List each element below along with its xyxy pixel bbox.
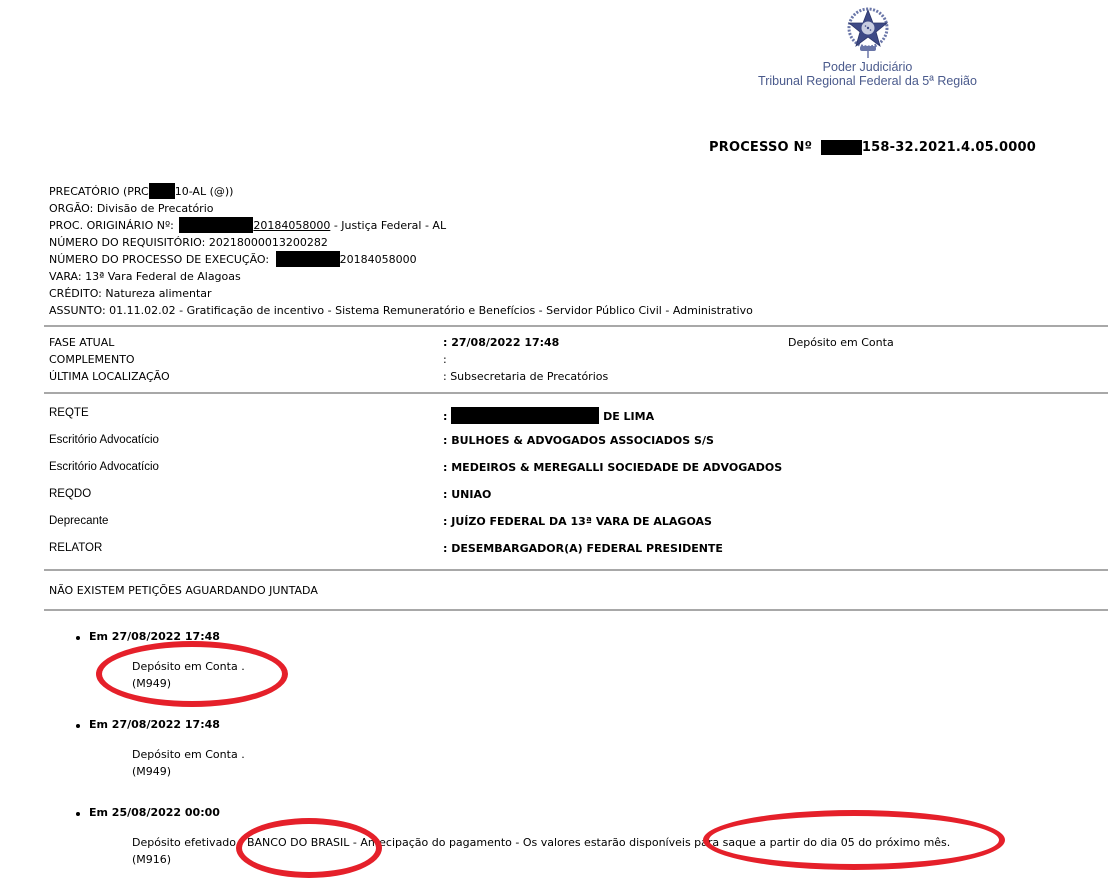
proc-originario-link[interactable]: 20184058000 xyxy=(253,219,330,232)
party-row-escritorio-1: Escritório Advocatício : BULHOES & ADVOG… xyxy=(49,434,1108,451)
fase-atual-label: FASE ATUAL xyxy=(49,336,114,349)
fase-atual-row: FASE ATUAL : 27/08/2022 17:48 Depósito e… xyxy=(49,336,1108,353)
event-item: Em 25/08/2022 00:00 Depósito efetivado -… xyxy=(72,806,1072,889)
localizacao-label: ÚLTIMA LOCALIZAÇÃO xyxy=(49,370,170,383)
redaction-bar xyxy=(276,251,340,267)
org-line-1: Poder Judiciário xyxy=(740,60,995,74)
credito-line: CRÉDITO: Natureza alimentar xyxy=(49,285,753,302)
party-label: Escritório Advocatício xyxy=(49,461,159,473)
complemento-label: COMPLEMENTO xyxy=(49,353,135,366)
court-header: Poder Judiciário Tribunal Regional Feder… xyxy=(740,6,995,88)
event-date: Em 27/08/2022 17:48 xyxy=(89,630,220,643)
party-row-relator: RELATOR : DESEMBARGADOR(A) FEDERAL PRESI… xyxy=(49,542,1108,559)
redaction-bar xyxy=(821,140,862,155)
event-description: Depósito efetivado - BANCO DO BRASIL - A… xyxy=(132,834,950,868)
redaction-bar xyxy=(451,407,599,424)
party-value: : BULHOES & ADVOGADOS ASSOCIADOS S/S xyxy=(443,434,714,447)
process-number-suffix: 158-32.2021.4.05.0000 xyxy=(862,140,1036,155)
party-label: RELATOR xyxy=(49,542,102,554)
party-value: : DESEMBARGADOR(A) FEDERAL PRESIDENTE xyxy=(443,542,723,555)
party-row-escritorio-2: Escritório Advocatício : MEDEIROS & MERE… xyxy=(49,461,1108,478)
party-row-reqte: REQTE : DE LIMA xyxy=(49,407,1108,424)
party-row-reqdo: REQDO : UNIAO xyxy=(49,488,1108,505)
org-line-2: Tribunal Regional Federal da 5ª Região xyxy=(740,74,995,88)
party-value: : JUÍZO FEDERAL DA 13ª VARA DE ALAGOAS xyxy=(443,515,712,528)
orgao-line: ORGÃO: Divisão de Precatório xyxy=(49,200,753,217)
event-item: Em 27/08/2022 17:48 Depósito em Conta . … xyxy=(72,718,1072,806)
petitions-notice: NÃO EXISTEM PETIÇÕES AGUARDANDO JUNTADA xyxy=(49,584,318,597)
complemento-value: : xyxy=(443,353,447,366)
party-row-deprecante: Deprecante : JUÍZO FEDERAL DA 13ª VARA D… xyxy=(49,515,1108,532)
process-title-prefix: PROCESSO Nº xyxy=(709,140,812,155)
divider xyxy=(44,609,1108,611)
localizacao-row: ÚLTIMA LOCALIZAÇÃO : Subsecretaria de Pr… xyxy=(49,370,1108,387)
precatorio-line: PRECATÓRIO (PRC10-AL (@)) xyxy=(49,183,753,200)
divider xyxy=(44,392,1108,394)
complemento-row: COMPLEMENTO : xyxy=(49,353,1108,370)
party-label: REQDO xyxy=(49,488,91,500)
brazil-coat-of-arms-icon xyxy=(845,6,891,60)
event-date: Em 25/08/2022 00:00 xyxy=(89,806,220,819)
party-label: REQTE xyxy=(49,407,89,419)
assunto-line: ASSUNTO: 01.11.02.02 - Gratificação de i… xyxy=(49,302,753,319)
vara-line: VARA: 13ª Vara Federal de Alagoas xyxy=(49,268,753,285)
party-value: : UNIAO xyxy=(443,488,491,501)
party-label: Escritório Advocatício xyxy=(49,434,159,446)
event-code: (M949) xyxy=(132,675,245,692)
redaction-bar xyxy=(179,217,253,233)
process-title: PROCESSO Nº 158-32.2021.4.05.0000 xyxy=(709,140,1036,155)
proc-originario-line: PROC. ORIGINÁRIO Nº: 20184058000 - Justi… xyxy=(49,217,753,234)
execucao-line: NÚMERO DO PROCESSO DE EXECUÇÃO: 20184058… xyxy=(49,251,753,268)
process-metadata: PRECATÓRIO (PRC10-AL (@)) ORGÃO: Divisão… xyxy=(49,183,753,319)
divider xyxy=(44,325,1108,327)
event-code: (M916) xyxy=(132,851,950,868)
event-list: Em 27/08/2022 17:48 Depósito em Conta . … xyxy=(72,630,1072,889)
party-value: : DE LIMA xyxy=(443,407,654,424)
bullet-icon xyxy=(76,812,80,816)
fase-atual-description: Depósito em Conta xyxy=(788,336,894,349)
event-code: (M949) xyxy=(132,763,245,780)
party-label: Deprecante xyxy=(49,515,108,527)
event-description: Depósito em Conta . (M949) xyxy=(132,658,245,692)
bullet-icon xyxy=(76,636,80,640)
divider xyxy=(44,569,1108,571)
event-item: Em 27/08/2022 17:48 Depósito em Conta . … xyxy=(72,630,1072,718)
event-description: Depósito em Conta . (M949) xyxy=(132,746,245,780)
localizacao-value: : Subsecretaria de Precatórios xyxy=(443,370,608,383)
event-date: Em 27/08/2022 17:48 xyxy=(89,718,220,731)
party-value: : MEDEIROS & MEREGALLI SOCIEDADE DE ADVO… xyxy=(443,461,782,474)
redaction-bar xyxy=(149,183,175,199)
requisitorio-line: NÚMERO DO REQUISITÓRIO: 2021800001320028… xyxy=(49,234,753,251)
fase-atual-value: : 27/08/2022 17:48 xyxy=(443,336,559,349)
bullet-icon xyxy=(76,724,80,728)
